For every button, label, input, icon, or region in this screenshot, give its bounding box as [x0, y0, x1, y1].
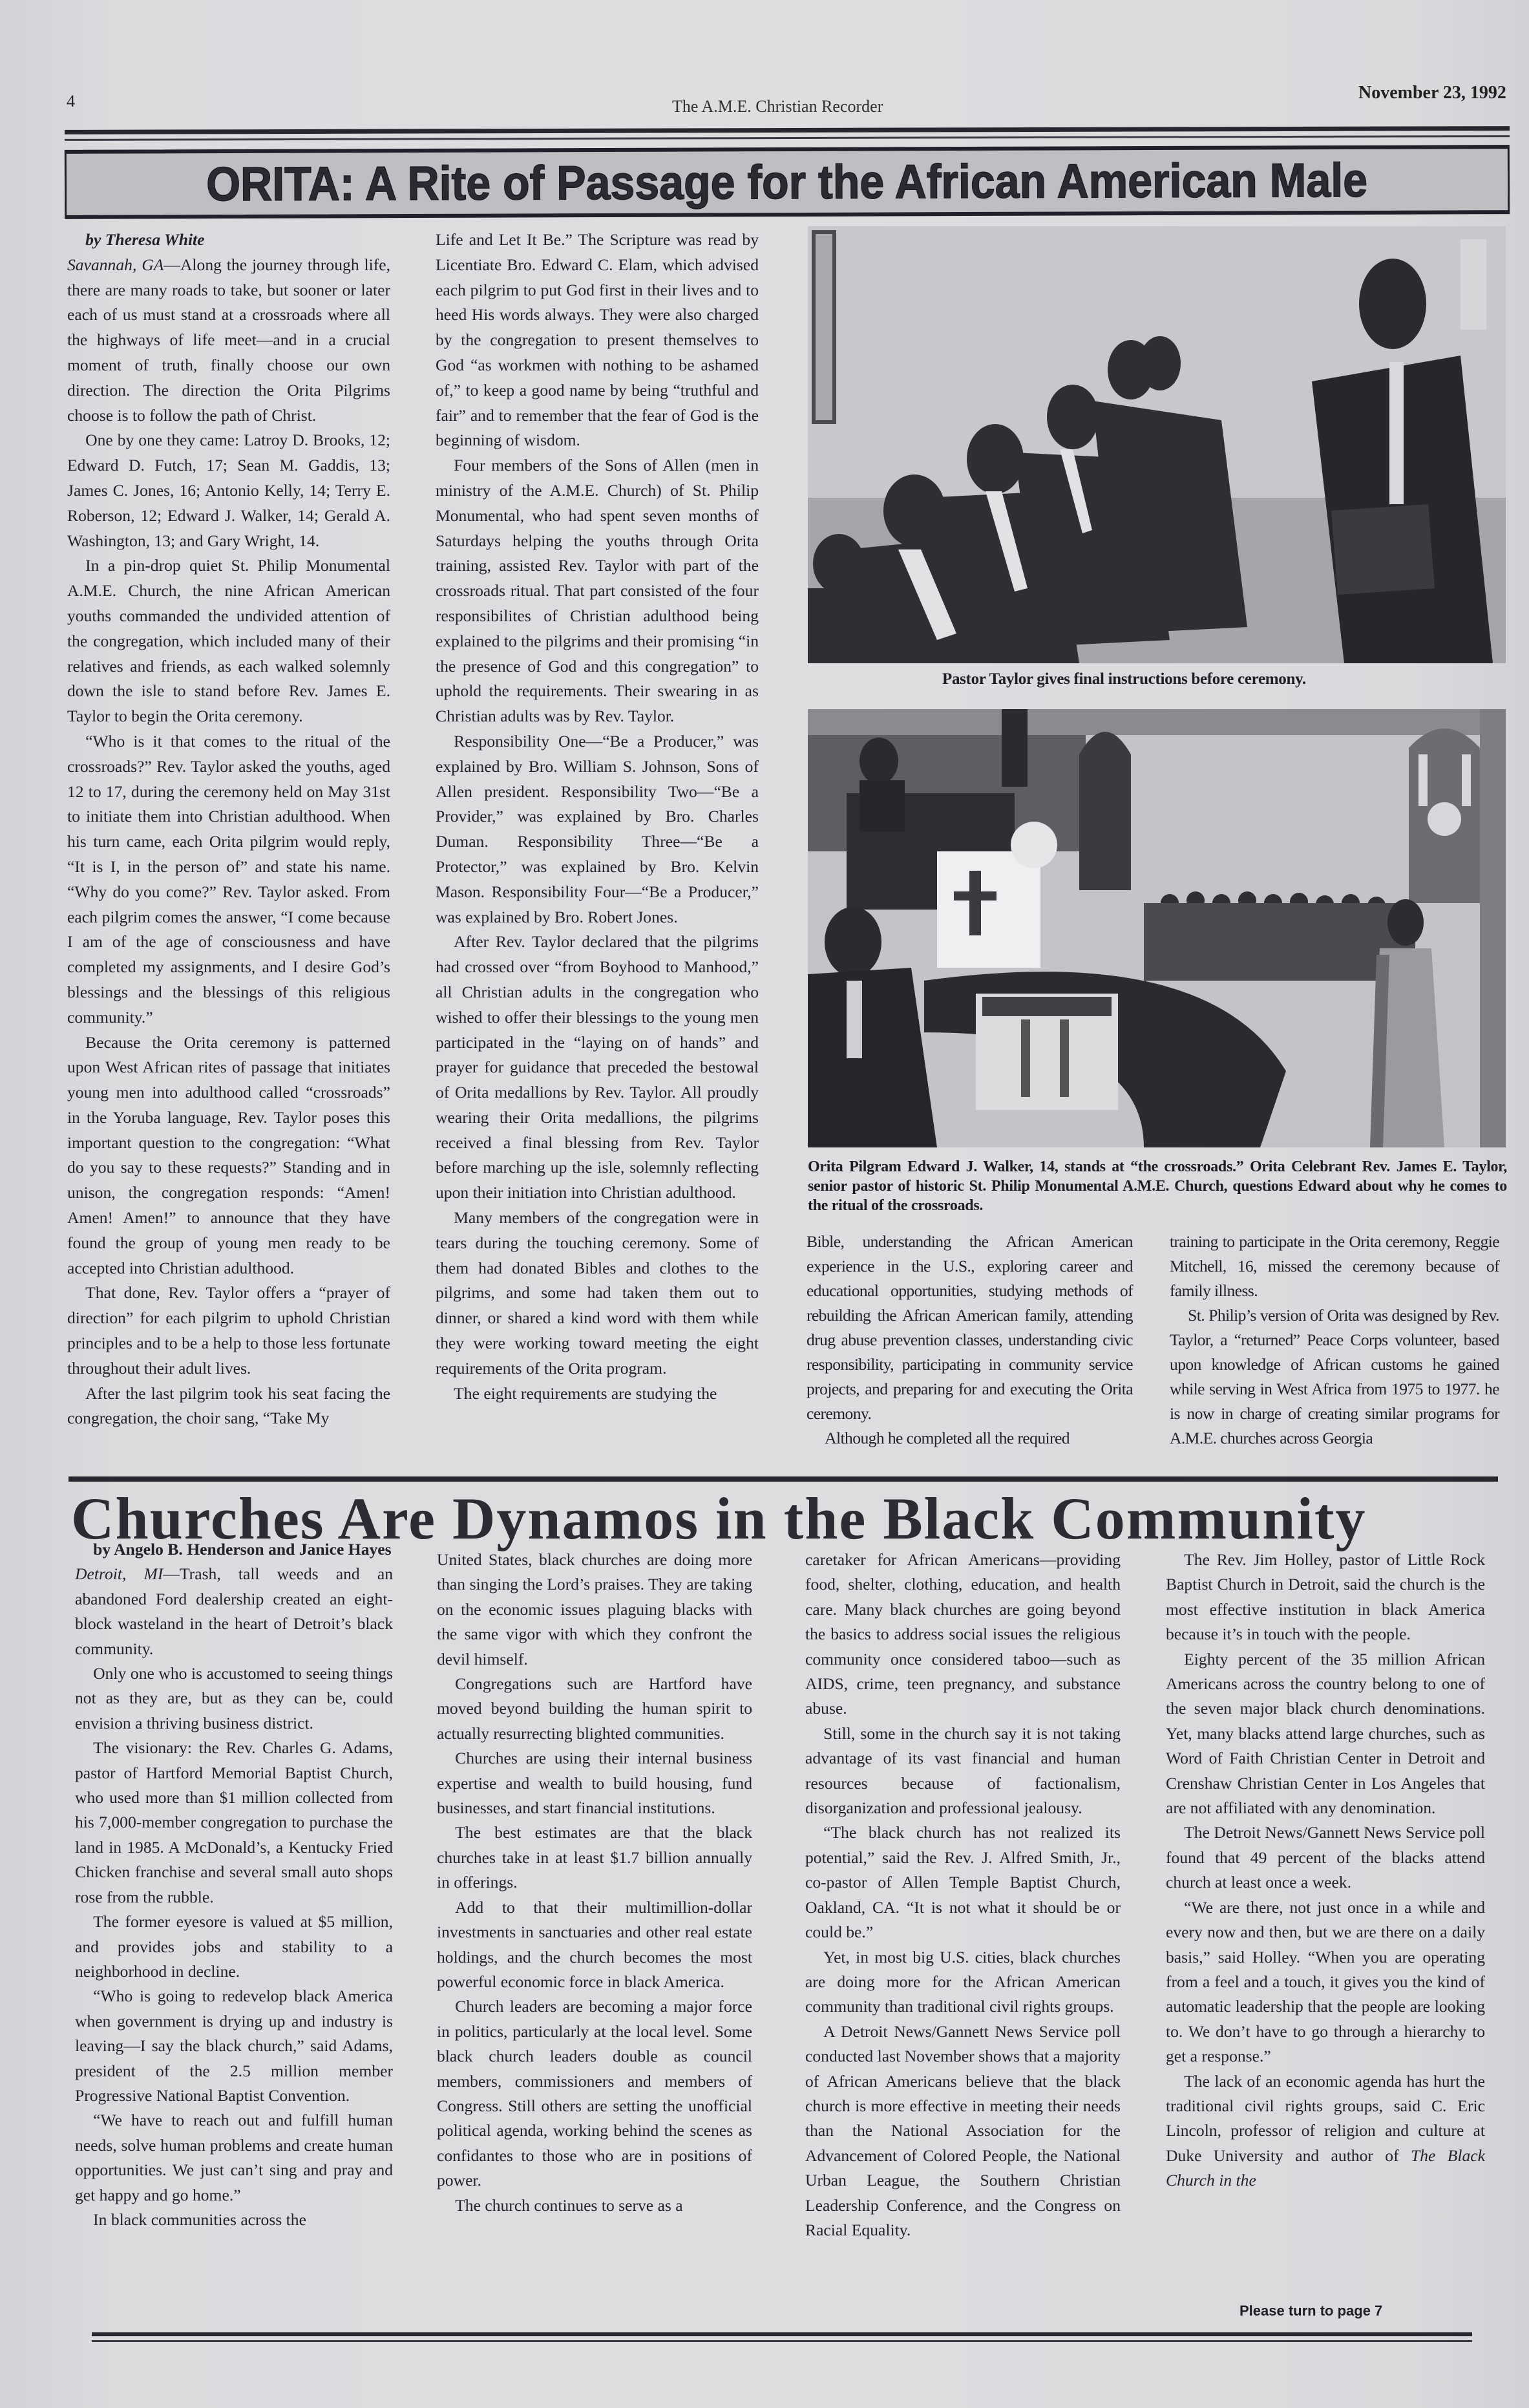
newspaper-page: 4 The A.M.E. Christian Recorder November… — [0, 0, 1529, 2408]
article2-column-1: by Angelo B. Henderson and Janice Hayes … — [75, 1537, 393, 2232]
paragraph: United States, black churches are doing … — [437, 1548, 752, 1672]
photo-crossroads — [808, 709, 1506, 1147]
article-divider-rule — [69, 1476, 1498, 1482]
paragraph: The former eyesore is valued at $5 milli… — [75, 1910, 393, 1984]
paragraph: Many members of the congregation were in… — [436, 1206, 759, 1381]
paragraph: In black communities across the — [75, 2208, 393, 2232]
paragraph: Bible, understanding the African America… — [807, 1230, 1133, 1426]
article2-lead-paragraph: Detroit, MI—Trash, tall weeds and an aba… — [75, 1562, 393, 1661]
article2-column-3: caretaker for African Americans—providin… — [805, 1548, 1121, 2243]
article1-column-4: training to participate in the Orita cer… — [1170, 1230, 1499, 1451]
issue-date: November 23, 1992 — [1358, 83, 1506, 103]
paragraph: The Rev. Jim Holley, pastor of Little Ro… — [1166, 1548, 1485, 1647]
paragraph: “Who is it that comes to the ritual of t… — [67, 729, 390, 1030]
article2-dateline: Detroit, MI — [75, 1564, 163, 1583]
paragraph: Congregations such are Hartford have mov… — [437, 1672, 752, 1746]
photo-pastor-instructions — [808, 226, 1506, 663]
header-rule-thin — [65, 135, 1510, 141]
article1-lead-paragraph: Savannah, GA—Along the journey through l… — [67, 253, 390, 429]
paragraph: Still, some in the church say it is not … — [805, 1721, 1121, 1821]
paragraph: Responsibility One—“Be a Producer,” was … — [436, 729, 759, 930]
article1-headline: ORITA: A Rite of Passage for the African… — [206, 153, 1367, 211]
photo-crossroads-image — [808, 709, 1506, 1147]
publication-name: The A.M.E. Christian Recorder — [672, 97, 883, 116]
article2-column-4: The Rev. Jim Holley, pastor of Little Ro… — [1166, 1548, 1485, 2193]
paragraph: The eight requirements are studying the — [436, 1381, 759, 1407]
paragraph: The best estimates are that the black ch… — [437, 1820, 752, 1895]
paragraph: Because the Orita ceremony is patterned … — [67, 1030, 390, 1281]
footer-rule-thick — [92, 2332, 1472, 2336]
article1-column-3: Bible, understanding the African America… — [807, 1230, 1133, 1451]
paragraph: “We have to reach out and fulfill human … — [75, 2108, 393, 2208]
footer-rule-thin — [92, 2340, 1472, 2342]
paragraph: The Detroit News/Gannett News Service po… — [1166, 1820, 1485, 1895]
paragraph: Although he completed all the required — [807, 1426, 1133, 1451]
paragraph: Church leaders are becoming a major forc… — [437, 1994, 752, 2193]
paragraph: The visionary: the Rev. Charles G. Adams… — [75, 1736, 393, 1910]
paragraph: After Rev. Taylor declared that the pilg… — [436, 930, 759, 1206]
paragraph: The lack of an economic agenda has hurt … — [1166, 2069, 1485, 2193]
paragraph: After the last pilgrim took his seat fac… — [67, 1381, 390, 1432]
page-number: 4 — [67, 92, 75, 111]
paragraph: That done, Rev. Taylor offers a “prayer … — [67, 1281, 390, 1381]
paragraph: The church continues to serve as a — [437, 2193, 752, 2218]
paragraph: St. Philip’s version of Orita was design… — [1170, 1303, 1499, 1451]
paragraph: “Who is going to redevelop black America… — [75, 1984, 393, 2108]
paragraph: Only one who is accustomed to seeing thi… — [75, 1661, 393, 1736]
photo-1-caption: Pastor Taylor gives final instructions b… — [942, 670, 1395, 689]
article1-column-2: Life and Let It Be.” The Scripture was r… — [436, 228, 759, 1406]
paragraph: “The black church has not realized its p… — [805, 1820, 1121, 1945]
photo-2-caption: Orita Pilgram Edward J. Walker, 14, stan… — [808, 1157, 1507, 1215]
header-rule-thick — [65, 126, 1510, 134]
photo-pastor-instructions-image — [808, 226, 1506, 663]
paragraph: Churches are using their internal busine… — [437, 1746, 752, 1820]
paragraph: One by one they came: Latroy D. Brooks, … — [67, 428, 390, 553]
paragraph: Add to that their multimillion-dollar in… — [437, 1895, 752, 1995]
paragraph: Four members of the Sons of Allen (men i… — [436, 453, 759, 729]
paragraph: Eighty percent of the 35 million African… — [1166, 1647, 1485, 1821]
article1-column-1: by Theresa White Savannah, GA—Along the … — [67, 228, 390, 1431]
paragraph: “We are there, not just once in a while … — [1166, 1895, 1485, 2069]
article2-byline: by Angelo B. Henderson and Janice Hayes — [75, 1537, 393, 1562]
article2-column-2: United States, black churches are doing … — [437, 1548, 752, 2218]
article1-dateline: Savannah, GA — [67, 255, 163, 274]
article1-headline-box: ORITA: A Rite of Passage for the African… — [65, 145, 1510, 219]
continuation-note: Please turn to page 7 — [1239, 2303, 1382, 2319]
paragraph: caretaker for African Americans—providin… — [805, 1548, 1121, 1721]
paragraph: A Detroit News/Gannett News Service poll… — [805, 2019, 1121, 2243]
paragraph: training to participate in the Orita cer… — [1170, 1230, 1499, 1303]
article1-byline: by Theresa White — [67, 228, 390, 253]
paragraph: In a pin-drop quiet St. Philip Monumenta… — [67, 553, 390, 729]
paragraph: Yet, in most big U.S. cities, black chur… — [805, 1945, 1121, 2019]
paragraph: Life and Let It Be.” The Scripture was r… — [436, 228, 759, 453]
